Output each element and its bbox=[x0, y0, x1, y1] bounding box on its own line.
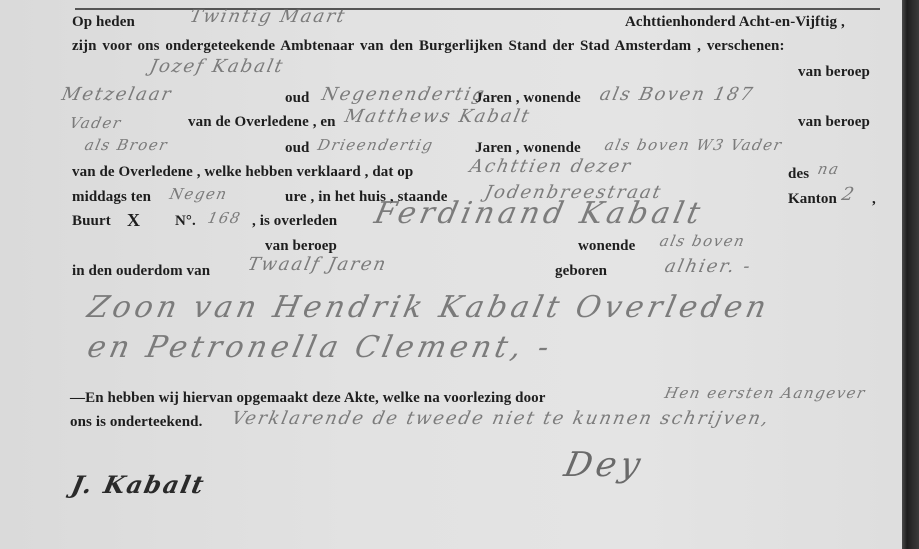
handwritten-des-time: na bbox=[816, 160, 841, 178]
handwritten-deceased-age: Twaalf Jaren bbox=[246, 254, 390, 275]
handwritten-parents-line1: Zoon van Hendrik Kabalt Overleden bbox=[84, 290, 773, 325]
handwritten-declarant1-age: Negenendertig bbox=[320, 84, 488, 105]
label-op-heden: Op heden bbox=[72, 14, 135, 31]
label-closing-line2: ons is onderteekend. bbox=[70, 414, 202, 431]
signature-declarant: J. Kabalt bbox=[69, 470, 208, 499]
label-middags-ten: middags ten bbox=[72, 189, 151, 206]
label-closing-line1: —En hebben wij hiervan opgemaakt deze Ak… bbox=[70, 390, 546, 407]
handwritten-kanton: 2 bbox=[840, 184, 858, 205]
label-wonende: wonende bbox=[578, 238, 635, 255]
label-van-beroep-1: van beroep bbox=[798, 64, 870, 81]
handwritten-deceased-name: Ferdinand Kabalt bbox=[371, 196, 707, 231]
handwritten-read-by: Hen eersten Aangever bbox=[663, 384, 868, 402]
document-page: Op heden Twintig Maart Achttienhonderd A… bbox=[0, 0, 902, 549]
handwritten-declarant2-name: Matthews Kabalt bbox=[343, 106, 533, 127]
handwritten-death-date: Achttien dezer bbox=[468, 156, 634, 177]
label-year: Achttienhonderd Acht-en-Vijftig , bbox=[625, 14, 845, 31]
label-van-beroep-3: van beroep bbox=[265, 238, 337, 255]
label-oud-2: oud bbox=[285, 140, 310, 157]
handwritten-note: Verklarende de tweede niet te kunnen sch… bbox=[230, 408, 772, 429]
page-binding-edge bbox=[902, 0, 919, 549]
signature-official: Dey bbox=[561, 445, 648, 485]
label-buurt: Buurt bbox=[72, 213, 111, 230]
label-is-overleden: , is overleden bbox=[252, 213, 337, 230]
label-geboren: geboren bbox=[555, 263, 607, 280]
label-verklaard: van de Overledene , welke hebben verklaa… bbox=[72, 164, 413, 181]
label-buurt-letter: X bbox=[127, 210, 140, 231]
handwritten-declarant1-address: als Boven 187 bbox=[598, 84, 756, 105]
label-jaren-wonende-1: Jaren , wonende bbox=[475, 90, 581, 107]
label-oud-1: oud bbox=[285, 90, 310, 107]
label-kanton: Kanton bbox=[788, 191, 837, 208]
label-no: N°. bbox=[175, 213, 196, 230]
handwritten-hour: Negen bbox=[168, 185, 229, 203]
handwritten-birthplace: alhier. - bbox=[663, 256, 754, 277]
handwritten-declarant1-relation: Vader bbox=[68, 114, 123, 132]
handwritten-parents-line2: en Petronella Clement, - bbox=[84, 330, 556, 365]
handwritten-house-no: 168 bbox=[206, 209, 243, 227]
handwritten-date: Twintig Maart bbox=[188, 6, 349, 27]
label-van-de-overledene-en: van de Overledene , en bbox=[188, 114, 336, 131]
handwritten-declarant2-relation: als Broer bbox=[83, 136, 170, 154]
label-comma: , bbox=[872, 191, 876, 208]
label-des: des bbox=[788, 166, 809, 183]
handwritten-declarant1-name: Jozef Kabalt bbox=[148, 56, 286, 77]
label-jaren-wonende-2: Jaren , wonende bbox=[475, 140, 581, 157]
label-ouderdom: in den ouderdom van bbox=[72, 263, 210, 280]
label-van-beroep-2: van beroep bbox=[798, 114, 870, 131]
handwritten-declarant1-occupation: Metzelaar bbox=[60, 84, 175, 105]
label-intro-line: zijn voor ons ondergeteekende Ambtenaar … bbox=[72, 38, 785, 55]
handwritten-declarant2-address: als boven W3 Vader bbox=[603, 136, 784, 154]
handwritten-deceased-address: als boven bbox=[658, 232, 747, 250]
handwritten-declarant2-age: Drieendertig bbox=[316, 136, 435, 154]
